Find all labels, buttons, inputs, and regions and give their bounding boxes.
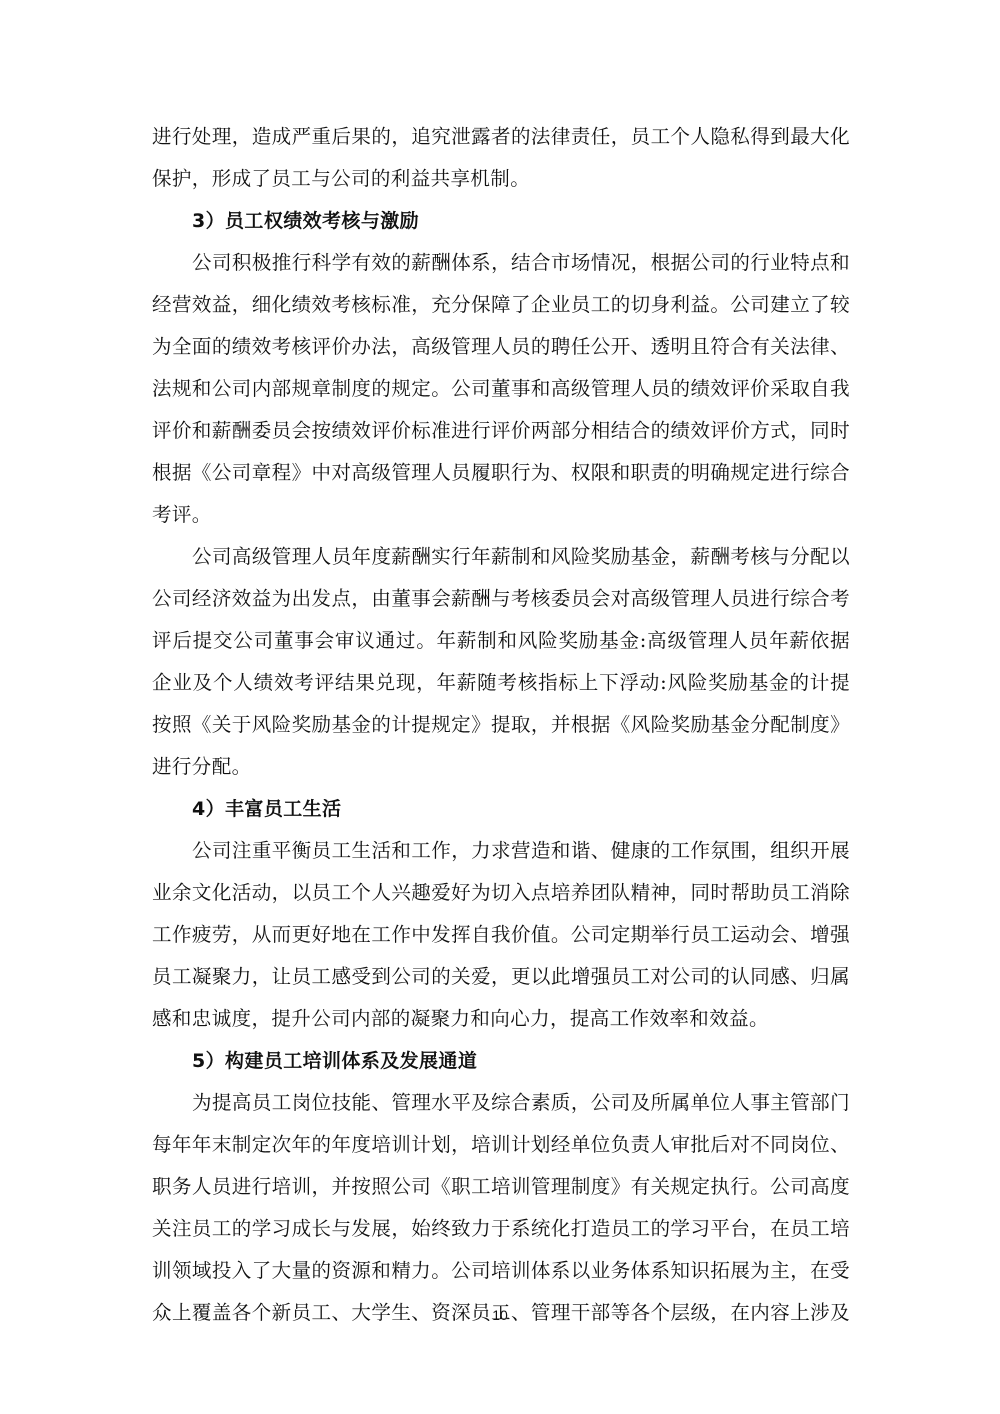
paragraph-line: 训领域投入了大量的资源和精力。公司培训体系以业务体系知识拓展为主，在受 bbox=[152, 1250, 850, 1292]
paragraph-line: 关注员工的学习成长与发展，始终致力于系统化打造员工的学习平台，在员工培 bbox=[152, 1208, 850, 1250]
paragraph-line: 业余文化活动，以员工个人兴趣爱好为切入点培养团队精神，同时帮助员工消除 bbox=[152, 872, 850, 914]
paragraph-line: 感和忠诚度，提升公司内部的凝聚力和向心力，提高工作效率和效益。 bbox=[152, 998, 850, 1040]
page-body: 进行处理，造成严重后果的，追究泄露者的法律责任，员工个人隐私得到最大化 保护，形… bbox=[152, 116, 850, 1334]
document-page: 进行处理，造成严重后果的，追究泄露者的法律责任，员工个人隐私得到最大化 保护，形… bbox=[0, 0, 1000, 1414]
paragraph-line: 企业及个人绩效考评结果兑现，年薪随考核指标上下浮动:风险奖励基金的计提 bbox=[152, 662, 850, 704]
paragraph-line: 每年年末制定次年的年度培训计划，培训计划经单位负责人审批后对不同岗位、 bbox=[152, 1124, 850, 1166]
paragraph-line: 为全面的绩效考核评价办法，高级管理人员的聘任公开、透明且符合有关法律、 bbox=[152, 326, 850, 368]
paragraph-line: 公司高级管理人员年度薪酬实行年薪制和风险奖励基金，薪酬考核与分配以 bbox=[152, 536, 850, 578]
paragraph-line: 经营效益，细化绩效考核标准，充分保障了企业员工的切身利益。公司建立了较 bbox=[152, 284, 850, 326]
paragraph-line: 进行分配。 bbox=[152, 746, 850, 788]
section-heading-3: 3）员工权绩效考核与激励 bbox=[152, 200, 850, 242]
section-heading-5: 5）构建员工培训体系及发展通道 bbox=[152, 1040, 850, 1082]
paragraph-line: 评价和薪酬委员会按绩效评价标准进行评价两部分相结合的绩效评价方式，同时 bbox=[152, 410, 850, 452]
paragraph-line: 职务人员进行培训，并按照公司《职工培训管理制度》有关规定执行。公司高度 bbox=[152, 1166, 850, 1208]
paragraph-line: 公司经济效益为出发点，由董事会薪酬与考核委员会对高级管理人员进行综合考 bbox=[152, 578, 850, 620]
paragraph-line: 进行处理，造成严重后果的，追究泄露者的法律责任，员工个人隐私得到最大化 bbox=[152, 116, 850, 158]
paragraph-line: 员工凝聚力，让员工感受到公司的关爱，更以此增强员工对公司的认同感、归属 bbox=[152, 956, 850, 998]
paragraph-line: 评后提交公司董事会审议通过。年薪制和风险奖励基金:高级管理人员年薪依据 bbox=[152, 620, 850, 662]
section-heading-4: 4）丰富员工生活 bbox=[152, 788, 850, 830]
paragraph-line: 公司注重平衡员工生活和工作，力求营造和谐、健康的工作氛围，组织开展 bbox=[152, 830, 850, 872]
paragraph-line: 公司积极推行科学有效的薪酬体系，结合市场情况，根据公司的行业特点和 bbox=[152, 242, 850, 284]
paragraph-line: 按照《关于风险奖励基金的计提规定》提取，并根据《风险奖励基金分配制度》 bbox=[152, 704, 850, 746]
paragraph-line: 为提高员工岗位技能、管理水平及综合素质，公司及所属单位人事主管部门 bbox=[152, 1082, 850, 1124]
paragraph-line: 保护，形成了员工与公司的利益共享机制。 bbox=[152, 158, 850, 200]
paragraph-line: 法规和公司内部规章制度的规定。公司董事和高级管理人员的绩效评价采取自我 bbox=[152, 368, 850, 410]
paragraph-line: 工作疲劳，从而更好地在工作中发挥自我价值。公司定期举行员工运动会、增强 bbox=[152, 914, 850, 956]
paragraph-line: 根据《公司章程》中对高级管理人员履职行为、权限和职责的明确规定进行综合 bbox=[152, 452, 850, 494]
paragraph-line: 考评。 bbox=[152, 494, 850, 536]
page-number: 10 bbox=[0, 1307, 1000, 1323]
